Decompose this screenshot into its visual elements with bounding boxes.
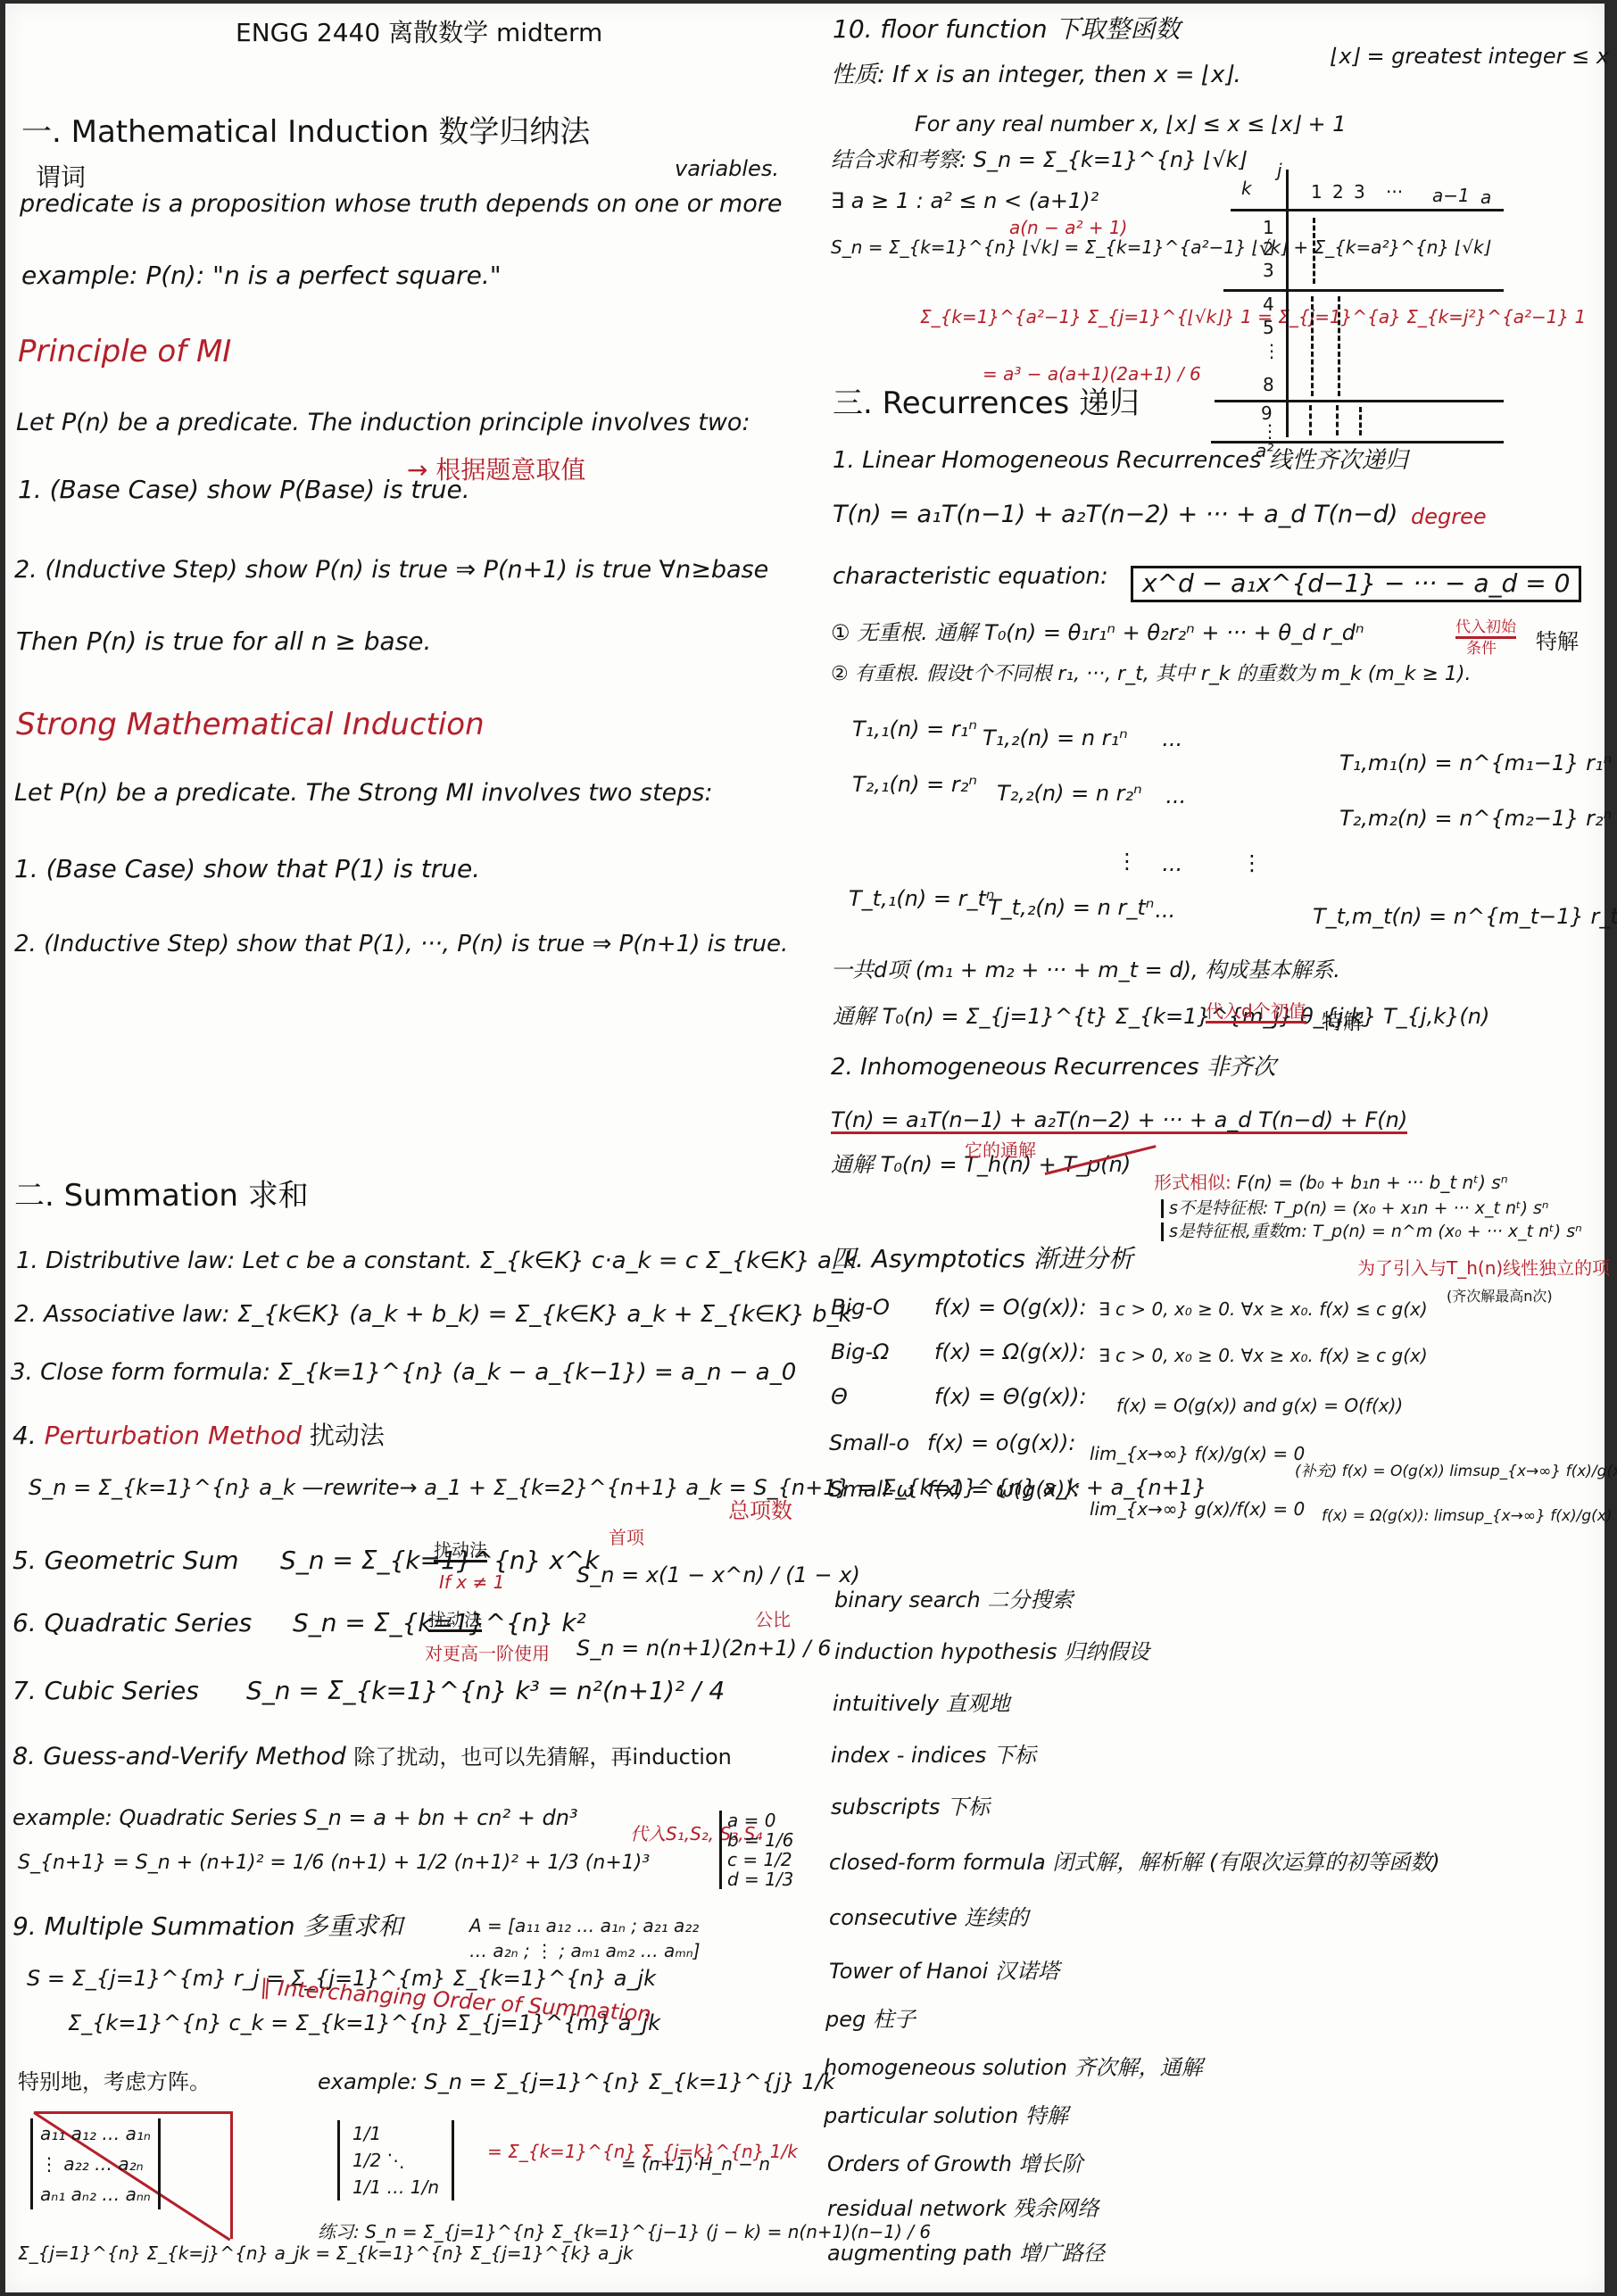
multiple-summation-heading: 9. Multiple Summation 多重求和 xyxy=(12,1913,403,1941)
gloss-tail: variables. xyxy=(675,157,779,180)
base-case: 1. (Base Case) show P(Base) is true. xyxy=(18,477,470,504)
form-heading: 形式相似: F(n) = (b₀ + b₁n + ··· b_t nᵗ) sⁿ xyxy=(1154,1173,1508,1192)
solution-c: c = 1/2 xyxy=(727,1850,793,1869)
strong-inductive-step: 2. (Inductive Step) show that P(1), ···,… xyxy=(14,932,788,957)
quadratic-result: S_n = n(n+1)(2n+1) / 6 xyxy=(576,1637,832,1660)
basis-2-1: T₂,₁(n) = r₂ⁿ xyxy=(852,773,977,796)
big-o-name: Big-O xyxy=(831,1296,890,1319)
tri-matrix-row-1: a₁₁ a₁₂ … a₁ₙ xyxy=(40,2118,151,2149)
basis-1-dots: ··· xyxy=(1161,734,1182,757)
strong-base-case: 1. (Base Case) show that P(1) is true. xyxy=(14,856,480,883)
example-matrix-row-2: 1/2 ⋱ xyxy=(352,2147,439,2174)
table-rule-9 xyxy=(1215,400,1504,402)
floor-property-1: 性质: If x is an integer, then x = ⌊x⌋. xyxy=(831,62,1241,88)
basis-vdots: ⋮ xyxy=(1116,850,1138,873)
basis-1-m: T₁,m₁(n) = n^{m₁−1} r₁ⁿ xyxy=(1339,751,1612,775)
small-o-name: Small-o xyxy=(829,1431,909,1455)
principle-intro: Let P(n) be a predicate. The induction p… xyxy=(16,410,750,436)
basis-t-dots: ··· xyxy=(1154,905,1174,928)
small-omega-rhs: lim_{x→∞} g(x)/f(x) = 0 xyxy=(1090,1499,1305,1519)
induction-conclusion: Then P(n) is true for all n ≥ base. xyxy=(16,628,431,656)
linear-homogeneous-heading: 1. Linear Homogeneous Recurrences 线性齐次递归 xyxy=(833,448,1408,474)
column-1-tally xyxy=(1313,218,1318,284)
summation-rule-closed-form: 3. Close form formula: Σ_{k=1}^{n} (a_k … xyxy=(11,1360,796,1386)
example-equation: S_n = Σ_{j=1}^{n} Σ_{k=1}^{j} 1/k xyxy=(424,2069,834,2094)
row-1: 1 xyxy=(1263,218,1274,237)
table-rule-4 xyxy=(1223,289,1504,292)
vocab-item: index - indices 下标 xyxy=(831,1744,1036,1767)
form-note: 为了引入与T_h(n)线性独立的项 xyxy=(1357,1258,1610,1278)
summation-rule-distributive: 1. Distributive law: Let c be a constant… xyxy=(16,1248,857,1274)
section-heading-asymptotics: 四. Asymptotics 渐进分析 xyxy=(831,1246,1133,1273)
perturbation-note: 总项数 xyxy=(728,1499,792,1522)
theta-lhs: f(x) = Θ(g(x)): xyxy=(934,1385,1087,1408)
triangle-equation: Σ_{j=1}^{n} Σ_{k=j}^{n} a_jk = Σ_{k=1}^{… xyxy=(18,2243,634,2263)
geometric-arrow-condition: If x ≠ 1 xyxy=(439,1572,504,1592)
geometric-result: S_n = x(1 − x^n) / (1 − x) xyxy=(576,1563,860,1587)
quadratic-label: 6. Quadratic Series xyxy=(12,1610,252,1637)
quadratic-arrow-note: 对更高一阶使用 xyxy=(425,1644,550,1663)
column-3-tally xyxy=(1359,407,1364,435)
basis-1-1: T₁,₁(n) = r₁ⁿ xyxy=(852,717,977,741)
vocab-item: intuitively 直观地 xyxy=(833,1692,1010,1715)
supplement-big-omega: f(x) = Ω(g(x)): limsup_{x→∞} f(x)/g(x) >… xyxy=(1322,1508,1617,1525)
cubic-equation: S_n = Σ_{k=1}^{n} k³ = n²(n+1)² / 4 xyxy=(246,1678,725,1705)
big-o-lhs: f(x) = O(g(x)): xyxy=(934,1296,1087,1319)
guess-verify-example: example: Quadratic Series S_n = a + bn +… xyxy=(12,1806,578,1829)
vocab-item: binary search 二分搜索 xyxy=(834,1588,1073,1612)
section-heading-summation: 二. Summation 求和 xyxy=(14,1180,309,1213)
guess-verify-note: 除了扰动，也可以先猜解，再induction xyxy=(353,1745,732,1770)
example-heading: example: S_n = Σ_{j=1}^{n} Σ_{k=1}^{j} 1… xyxy=(318,2070,835,2093)
basis-summary: 一共d项 (m₁ + m₂ + ··· + m_t = d), 构成基本解系. xyxy=(831,958,1340,982)
big-omega-lhs: f(x) = Ω(g(x)): xyxy=(934,1340,1086,1364)
vocab-item: closed-form formula 闭式解，解析解 (有限次运算的初等函数) xyxy=(829,1851,1440,1874)
guess-verify-label: 8. Guess-and-Verify Method xyxy=(12,1743,346,1770)
characteristic-equation: x^d − a₁x^{d−1} − ··· − a_d = 0 xyxy=(1131,566,1581,602)
floor-red-top: a(n − a² + 1) xyxy=(1009,218,1127,237)
supplement-big-o: (补充) f(x) = O(g(x)) limsup_{x→∞} f(x)/g(… xyxy=(1295,1463,1617,1480)
col-1: 1 xyxy=(1311,182,1323,202)
square-matrix-note: 特别地，考虑方阵。 xyxy=(18,2070,211,2093)
general-solution: 通解 T₀(n) = Σ_{j=1}^{t} Σ_{k=1}^{m_j} θ_{… xyxy=(833,1005,1489,1028)
small-omega-name: Small-ω xyxy=(829,1478,914,1501)
perturbation-heading: 4. Perturbation Method 扰动法 xyxy=(12,1422,385,1450)
general-arrow-label: 代入d个初值 xyxy=(1206,1001,1306,1024)
basis-2-dots: ··· xyxy=(1165,791,1185,814)
vocab-item: induction hypothesis 归纳假设 xyxy=(834,1640,1149,1663)
example-matrix: 1/1 1/2 ⋱ 1/1 … 1/n xyxy=(337,2120,454,2201)
basis-t-2: T_t,₂(n) = n r_tⁿ xyxy=(988,896,1154,919)
vocab-item: peg 柱子 xyxy=(825,2008,916,2031)
inhomogeneous-equation: T(n) = a₁T(n−1) + a₂T(n−2) + ··· + a_d T… xyxy=(831,1108,1407,1134)
vocab-item: subscripts 下标 xyxy=(831,1795,990,1819)
section-heading-induction: 一. Mathematical Induction 数学归纳法 xyxy=(21,116,590,149)
big-o-rhs: ∃ c > 0, x₀ ≥ 0. ∀x ≥ x₀. f(x) ≤ c g(x) xyxy=(1099,1299,1428,1319)
floor-sum-intro: 结合求和考察: S_n = Σ_{k=1}^{n} ⌊√k⌋ xyxy=(831,148,1247,171)
small-o-rhs: lim_{x→∞} f(x)/g(x) = 0 xyxy=(1090,1444,1305,1463)
geometric-arrow-label: 扰动法 xyxy=(434,1540,487,1562)
table-corner-k: k xyxy=(1241,178,1252,198)
guess-verify-recurrence: S_{n+1} = S_n + (n+1)² = 1/6 (n+1) + 1/2… xyxy=(18,1853,650,1874)
floor-exists: ∃ a ≥ 1 : a² ≤ n < (a+1)² xyxy=(831,189,1099,212)
column-1-tally-3 xyxy=(1309,405,1314,435)
row-dots-2: ⋮ xyxy=(1261,421,1279,441)
col-3: 3 xyxy=(1354,182,1365,202)
col-a: a xyxy=(1480,187,1491,207)
col-dots: ··· xyxy=(1386,182,1403,202)
geometric-note-first-term: 首项 xyxy=(609,1528,644,1547)
floor-red-result: = a³ − a(a+1)(2a+1) / 6 xyxy=(983,364,1201,384)
floor-property-2: For any real number x, ⌊x⌋ ≤ x ≤ ⌊x⌋ + 1 xyxy=(915,112,1347,136)
tri-matrix-row-3: aₙ₁ aₙ₂ … aₙₙ xyxy=(40,2179,151,2209)
example-matrix-row-1: 1/1 xyxy=(352,2120,439,2147)
quadratic-arrow-label: 扰动法 xyxy=(428,1610,482,1632)
example-result: = (n+1)·H_n − n xyxy=(621,2154,770,2174)
col-a-minus-1: a−1 xyxy=(1432,186,1470,205)
inductive-step: 2. (Inductive Step) show P(n) is true ⇒ … xyxy=(14,557,768,584)
basis-t-m: T_t,m_t(n) = n^{m_t−1} r_tⁿ xyxy=(1313,905,1617,928)
tri-matrix-row-2: ⋮ a₂₂ … a₂ₙ xyxy=(40,2149,151,2179)
section-heading-recurrences: 三. Recurrences 递归 xyxy=(833,387,1140,420)
big-omega-rhs: ∃ c > 0, x₀ ≥ 0. ∀x ≥ x₀. f(x) ≥ c g(x) xyxy=(1099,1346,1428,1365)
example-matrix-row-3: 1/1 … 1/n xyxy=(352,2174,439,2201)
col-2: 2 xyxy=(1332,182,1344,202)
row-5: 5 xyxy=(1263,318,1274,337)
form-label: 形式相似: xyxy=(1154,1172,1231,1193)
form-case-root: s是特征根,重数m: T_p(n) = n^m (x₀ + ··· x_t nᵗ… xyxy=(1161,1223,1582,1241)
small-omega-lhs: f(x) = ω(g(x)): xyxy=(927,1478,1081,1501)
column-1-tally-2 xyxy=(1311,296,1316,396)
basis-2-m: T₂,m₂(n) = n^{m₂−1} r₂ⁿ xyxy=(1339,807,1612,830)
table-corner-j: j xyxy=(1277,161,1282,180)
example-label: example: xyxy=(318,2069,418,2094)
floor-split: S_n = Σ_{k=1}^{n} ⌊√k⌋ = Σ_{k=1}^{a²−1} … xyxy=(831,237,1490,257)
form-equation: F(n) = (b₀ + b₁n + ··· b_t nᵗ) sⁿ xyxy=(1237,1172,1508,1193)
matrix-a: A = [a₁₁ a₁₂ … a₁ₙ ; a₂₁ a₂₂ … a₂ₙ ; ⋮ ;… xyxy=(469,1913,710,1963)
case1-result: 特解 xyxy=(1536,630,1579,653)
summation-rule-associative: 2. Associative law: Σ_{k∈K} (a_k + b_k) … xyxy=(14,1302,852,1328)
base-case-note: → 根据题意取值 xyxy=(407,457,585,485)
floor-red-swap: Σ_{k=1}^{a²−1} Σ_{j=1}^{⌊√k⌋} 1 = Σ_{j=1… xyxy=(920,307,1586,327)
form-note-2: (齐次解最高n次) xyxy=(1447,1289,1553,1305)
vocab-item: Tower of Hanoi 汉诺塔 xyxy=(829,1960,1059,1983)
solution-d: d = 1/3 xyxy=(727,1869,793,1889)
row-4: 4 xyxy=(1263,294,1274,314)
theta-rhs: f(x) = O(g(x)) and g(x) = O(f(x)) xyxy=(1116,1396,1403,1415)
predicate-example: example: P(n): "n is a perfect square." xyxy=(21,262,502,290)
guess-verify-heading: 8. Guess-and-Verify Method 除了扰动，也可以先猜解，再… xyxy=(12,1744,732,1770)
general-result: 特解 xyxy=(1322,1010,1364,1033)
degree-note: degree xyxy=(1411,505,1487,528)
principle-heading: Principle of MI xyxy=(18,336,231,369)
strong-induction-heading: Strong Mathematical Induction xyxy=(16,709,485,742)
case1-arrow-label: 代入初始 xyxy=(1455,619,1516,639)
row-3: 3 xyxy=(1263,261,1274,280)
exercise: 练习: S_n = Σ_{j=1}^{n} Σ_{k=1}^{j−1} (j −… xyxy=(318,2222,931,2242)
vocab-item: homogeneous solution 齐次解，通解 xyxy=(824,2056,1203,2079)
page-title: ENGG 2440 离散数学 midterm xyxy=(236,20,602,47)
row-8: 8 xyxy=(1263,375,1274,394)
column-2-tally-2 xyxy=(1336,405,1341,435)
guess-verify-solution: a = 0 b = 1/6 c = 1/2 d = 1/3 xyxy=(719,1811,793,1889)
table-header-rule xyxy=(1231,209,1504,211)
cubic-label: 7. Cubic Series xyxy=(12,1678,199,1705)
case-repeated-roots: ② 有重根. 假设t个不同根 r₁, ···, r_t, 其中 r_k 的重数为… xyxy=(831,664,1471,685)
vocab-item: consecutive 连续的 xyxy=(829,1906,1028,1929)
basis-mid-dots: ··· xyxy=(1161,858,1182,882)
basis-vdots-2: ⋮ xyxy=(1241,851,1263,874)
triangle-matrix: a₁₁ a₁₂ … a₁ₙ ⋮ a₂₂ … a₂ₙ aₙ₁ aₙ₂ … aₙₙ xyxy=(30,2118,161,2209)
note-sheet: ENGG 2440 离散数学 midterm 一. Mathematical I… xyxy=(5,4,1605,2292)
inhomogeneous-heading: 2. Inhomogeneous Recurrences 非齐次 xyxy=(831,1055,1276,1081)
perturbation-label: Perturbation Method xyxy=(45,1421,302,1450)
solution-b: b = 1/6 xyxy=(727,1830,793,1850)
theta-name: Θ xyxy=(831,1385,848,1408)
vocab-item: augmenting path 增广路径 xyxy=(827,2242,1105,2265)
geometric-label: 5. Geometric Sum xyxy=(12,1547,239,1575)
geometric-note-ratio: 公比 xyxy=(755,1610,791,1629)
vocab-item: particular solution 特解 xyxy=(824,2104,1068,2127)
strong-induction-intro: Let P(n) be a predicate. The Strong MI i… xyxy=(14,780,713,807)
perturbation-number: 4. xyxy=(12,1421,37,1450)
predicate-definition: predicate is a proposition whose truth d… xyxy=(20,191,782,218)
floor-heading: 10. floor function 下取整函数 xyxy=(833,16,1180,44)
perturbation-cn: 扰动法 xyxy=(310,1421,385,1450)
basis-2-2: T₂,₂(n) = n r₂ⁿ xyxy=(997,782,1142,805)
row-2: 2 xyxy=(1263,239,1274,259)
row-dots: ⋮ xyxy=(1263,341,1281,361)
big-omega-name: Big-Ω xyxy=(831,1340,889,1364)
case1-arrow-note: 条件 xyxy=(1466,641,1497,658)
vocab-item: residual network 残余网络 xyxy=(827,2197,1099,2220)
basis-1-2: T₁,₂(n) = n r₁ⁿ xyxy=(983,726,1128,750)
solution-a: a = 0 xyxy=(727,1811,793,1830)
small-o-lhs: f(x) = o(g(x)): xyxy=(927,1431,1075,1455)
form-case-not-root: s不是特征根: T_p(n) = (x₀ + x₁n + ··· x_t nᵗ)… xyxy=(1161,1199,1549,1218)
basis-t-1: T_t,₁(n) = r_tⁿ xyxy=(849,887,994,910)
characteristic-label: characteristic equation: xyxy=(833,564,1108,590)
linear-homogeneous-equation: T(n) = a₁T(n−1) + a₂T(n−2) + ··· + a_d T… xyxy=(833,501,1397,528)
vocab-item: Orders of Growth 增长阶 xyxy=(827,2152,1083,2176)
floor-definition: ⌊x⌋ = greatest integer ≤ x xyxy=(1331,45,1609,68)
gloss-word: 谓词 xyxy=(36,164,86,192)
column-2-tally xyxy=(1338,296,1343,396)
homogeneous-note: 它的通解 xyxy=(965,1140,1036,1160)
case-distinct-roots: ① 无重根. 通解 T₀(n) = θ₁r₁ⁿ + θ₂r₂ⁿ + ··· + … xyxy=(831,621,1364,644)
